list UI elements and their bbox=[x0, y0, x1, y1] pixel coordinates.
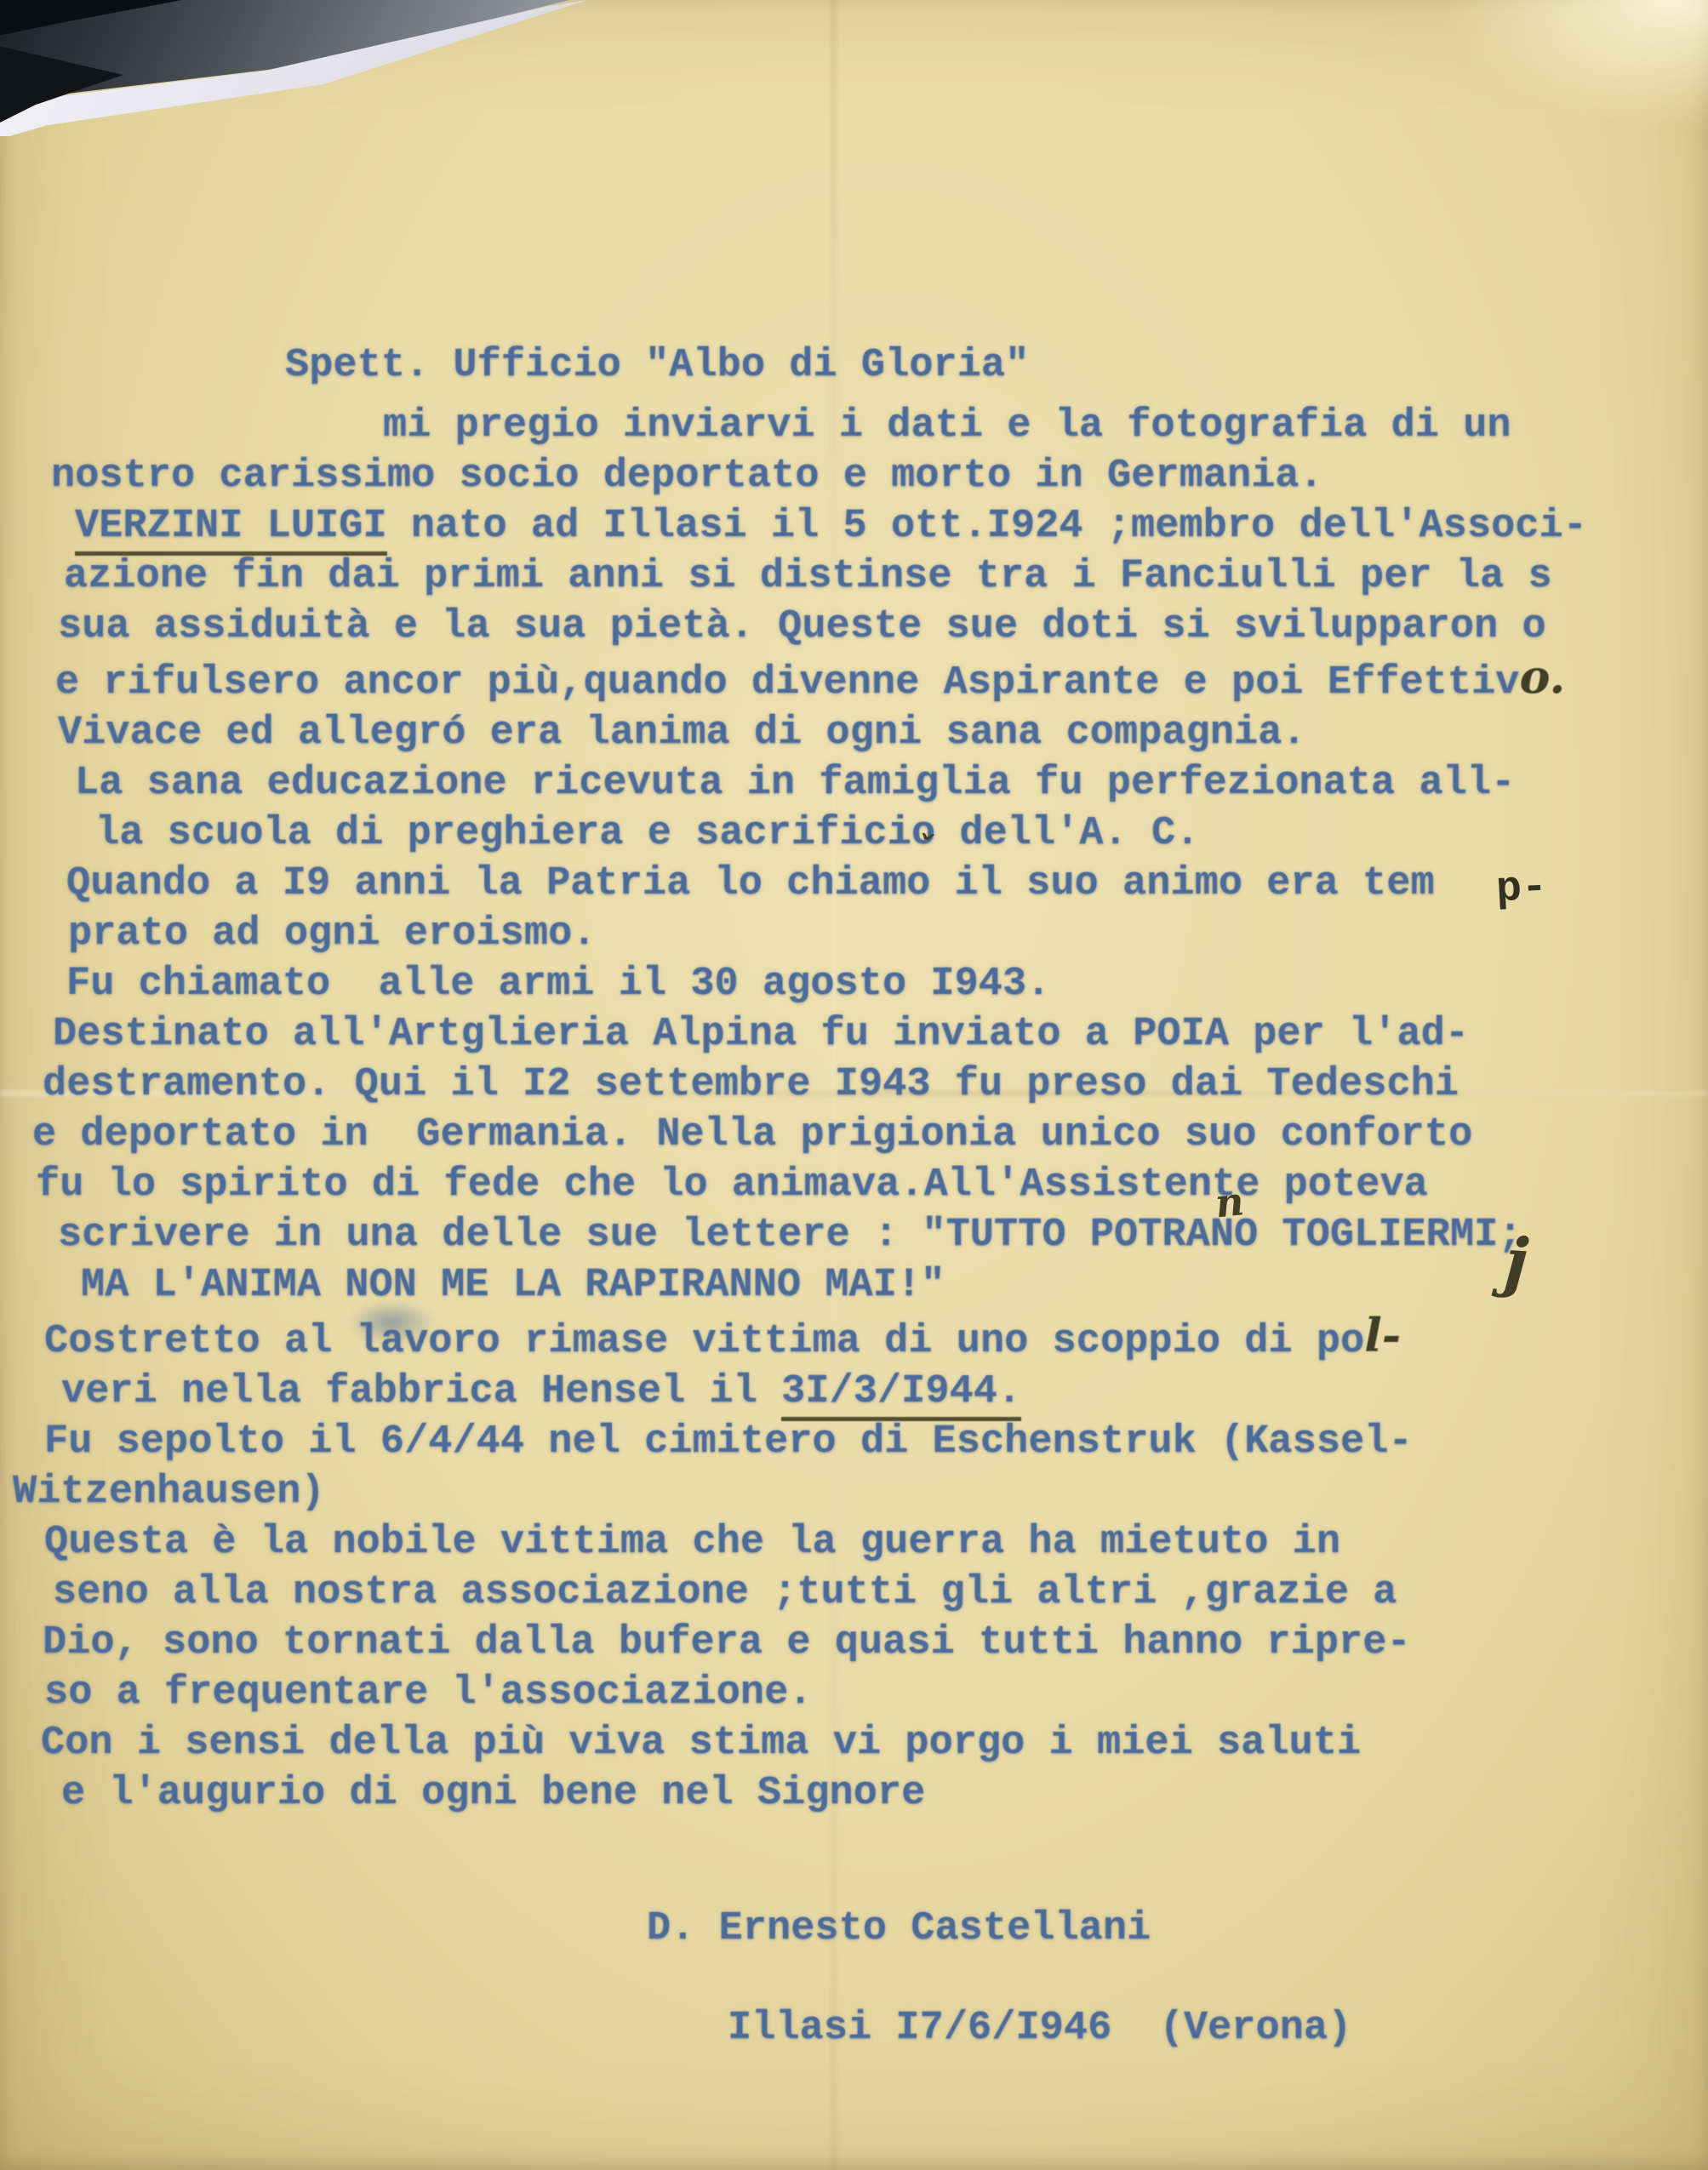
paper-torn-corner bbox=[1402, 0, 1708, 145]
letter-line: e l'augurio di ogni bene nel Signore bbox=[0, 1768, 1708, 1819]
letter-line: seno alla nostra associazione ;tutti gli… bbox=[0, 1568, 1708, 1618]
letter-line: Witzenhausen) bbox=[0, 1467, 1708, 1517]
letter-line: Con i sensi della più viva stima vi porg… bbox=[0, 1718, 1708, 1768]
letter-line: Dio, sono tornati dalla bufera e quasi t… bbox=[0, 1618, 1708, 1668]
letter-line: Costretto al lavoro rimase vittima di un… bbox=[0, 1311, 1708, 1367]
letter-line: mi pregio inviarvi i dati e la fotografi… bbox=[0, 401, 1708, 451]
letter-line: Quando a I9 anni la Patria lo chiamo il … bbox=[0, 859, 1708, 909]
letter-page: Spett. Ufficio "Albo di Gloria"mi pregio… bbox=[0, 0, 1708, 2170]
letter-line: Spett. Ufficio "Albo di Gloria" bbox=[0, 340, 1708, 391]
letter-line: VERZINI LUIGI nato ad Illasi il 5 ott.I9… bbox=[0, 501, 1708, 551]
letter-line: MA L'ANIMA NON ME LA RAPIRANNO MAI!" bbox=[0, 1260, 1708, 1311]
letter-line: Destinato all'Artglieria Alpina fu invia… bbox=[0, 1009, 1708, 1059]
letter-body: Spett. Ufficio "Albo di Gloria"mi pregio… bbox=[0, 340, 1708, 1819]
hand-underline: VERZINI LUIGI bbox=[75, 504, 387, 556]
letter-line: veri nella fabbrica Hensel il 3I/3/I944. bbox=[0, 1367, 1708, 1417]
handwritten-correction: l- bbox=[1364, 1308, 1401, 1362]
overlapping-photos-corner bbox=[0, 0, 587, 136]
ink-smudge bbox=[347, 1300, 436, 1345]
letter-line: Questa è la nobile vittima che la guerra… bbox=[0, 1517, 1708, 1568]
letter-line: fu lo spirito di fede che lo animava.All… bbox=[0, 1160, 1708, 1210]
letter-line: e rifulsero ancor più,quando divenne Asp… bbox=[0, 652, 1708, 708]
letter-line: Fu chiamato alle armi il 30 agosto I943. bbox=[0, 959, 1708, 1009]
letter-line: la scuola di preghiera e sacrificio dell… bbox=[0, 808, 1708, 859]
letter-line: Vivace ed allegró era lanima di ogni san… bbox=[0, 708, 1708, 758]
letter-line: destramento. Qui il I2 settembre I943 fu… bbox=[0, 1059, 1708, 1110]
letter-line: azione fin dai primi anni si distinse tr… bbox=[0, 551, 1708, 602]
signature: D. Ernesto Castellani bbox=[0, 1904, 1708, 1954]
hand-underline: 3I/3/I944. bbox=[781, 1369, 1021, 1421]
dateline: Illasi I7/6/I946 (Verona) bbox=[0, 2003, 1708, 2053]
letter-line: Fu sepolto il 6/4/44 nel cimitero di Esc… bbox=[0, 1417, 1708, 1467]
letter-line: e deportato in Germania. Nella prigionia… bbox=[0, 1110, 1708, 1160]
handwritten-correction: o. bbox=[1519, 649, 1565, 704]
letter-line: prato ad ogni eroismo. bbox=[0, 909, 1708, 959]
letter-line: scrivere in una delle sue lettere : "TUT… bbox=[0, 1210, 1708, 1260]
letter-line: so a frequentare l'associazione. bbox=[0, 1668, 1708, 1718]
letter-line: sua assiduità e la sua pietà. Queste sue… bbox=[0, 602, 1708, 652]
letter-line: La sana educazione ricevuta in famiglia … bbox=[0, 758, 1708, 808]
letter-line: nostro carissimo socio deportato e morto… bbox=[0, 451, 1708, 501]
typed-text-layer: Spett. Ufficio "Albo di Gloria"mi pregio… bbox=[0, 340, 1708, 2053]
